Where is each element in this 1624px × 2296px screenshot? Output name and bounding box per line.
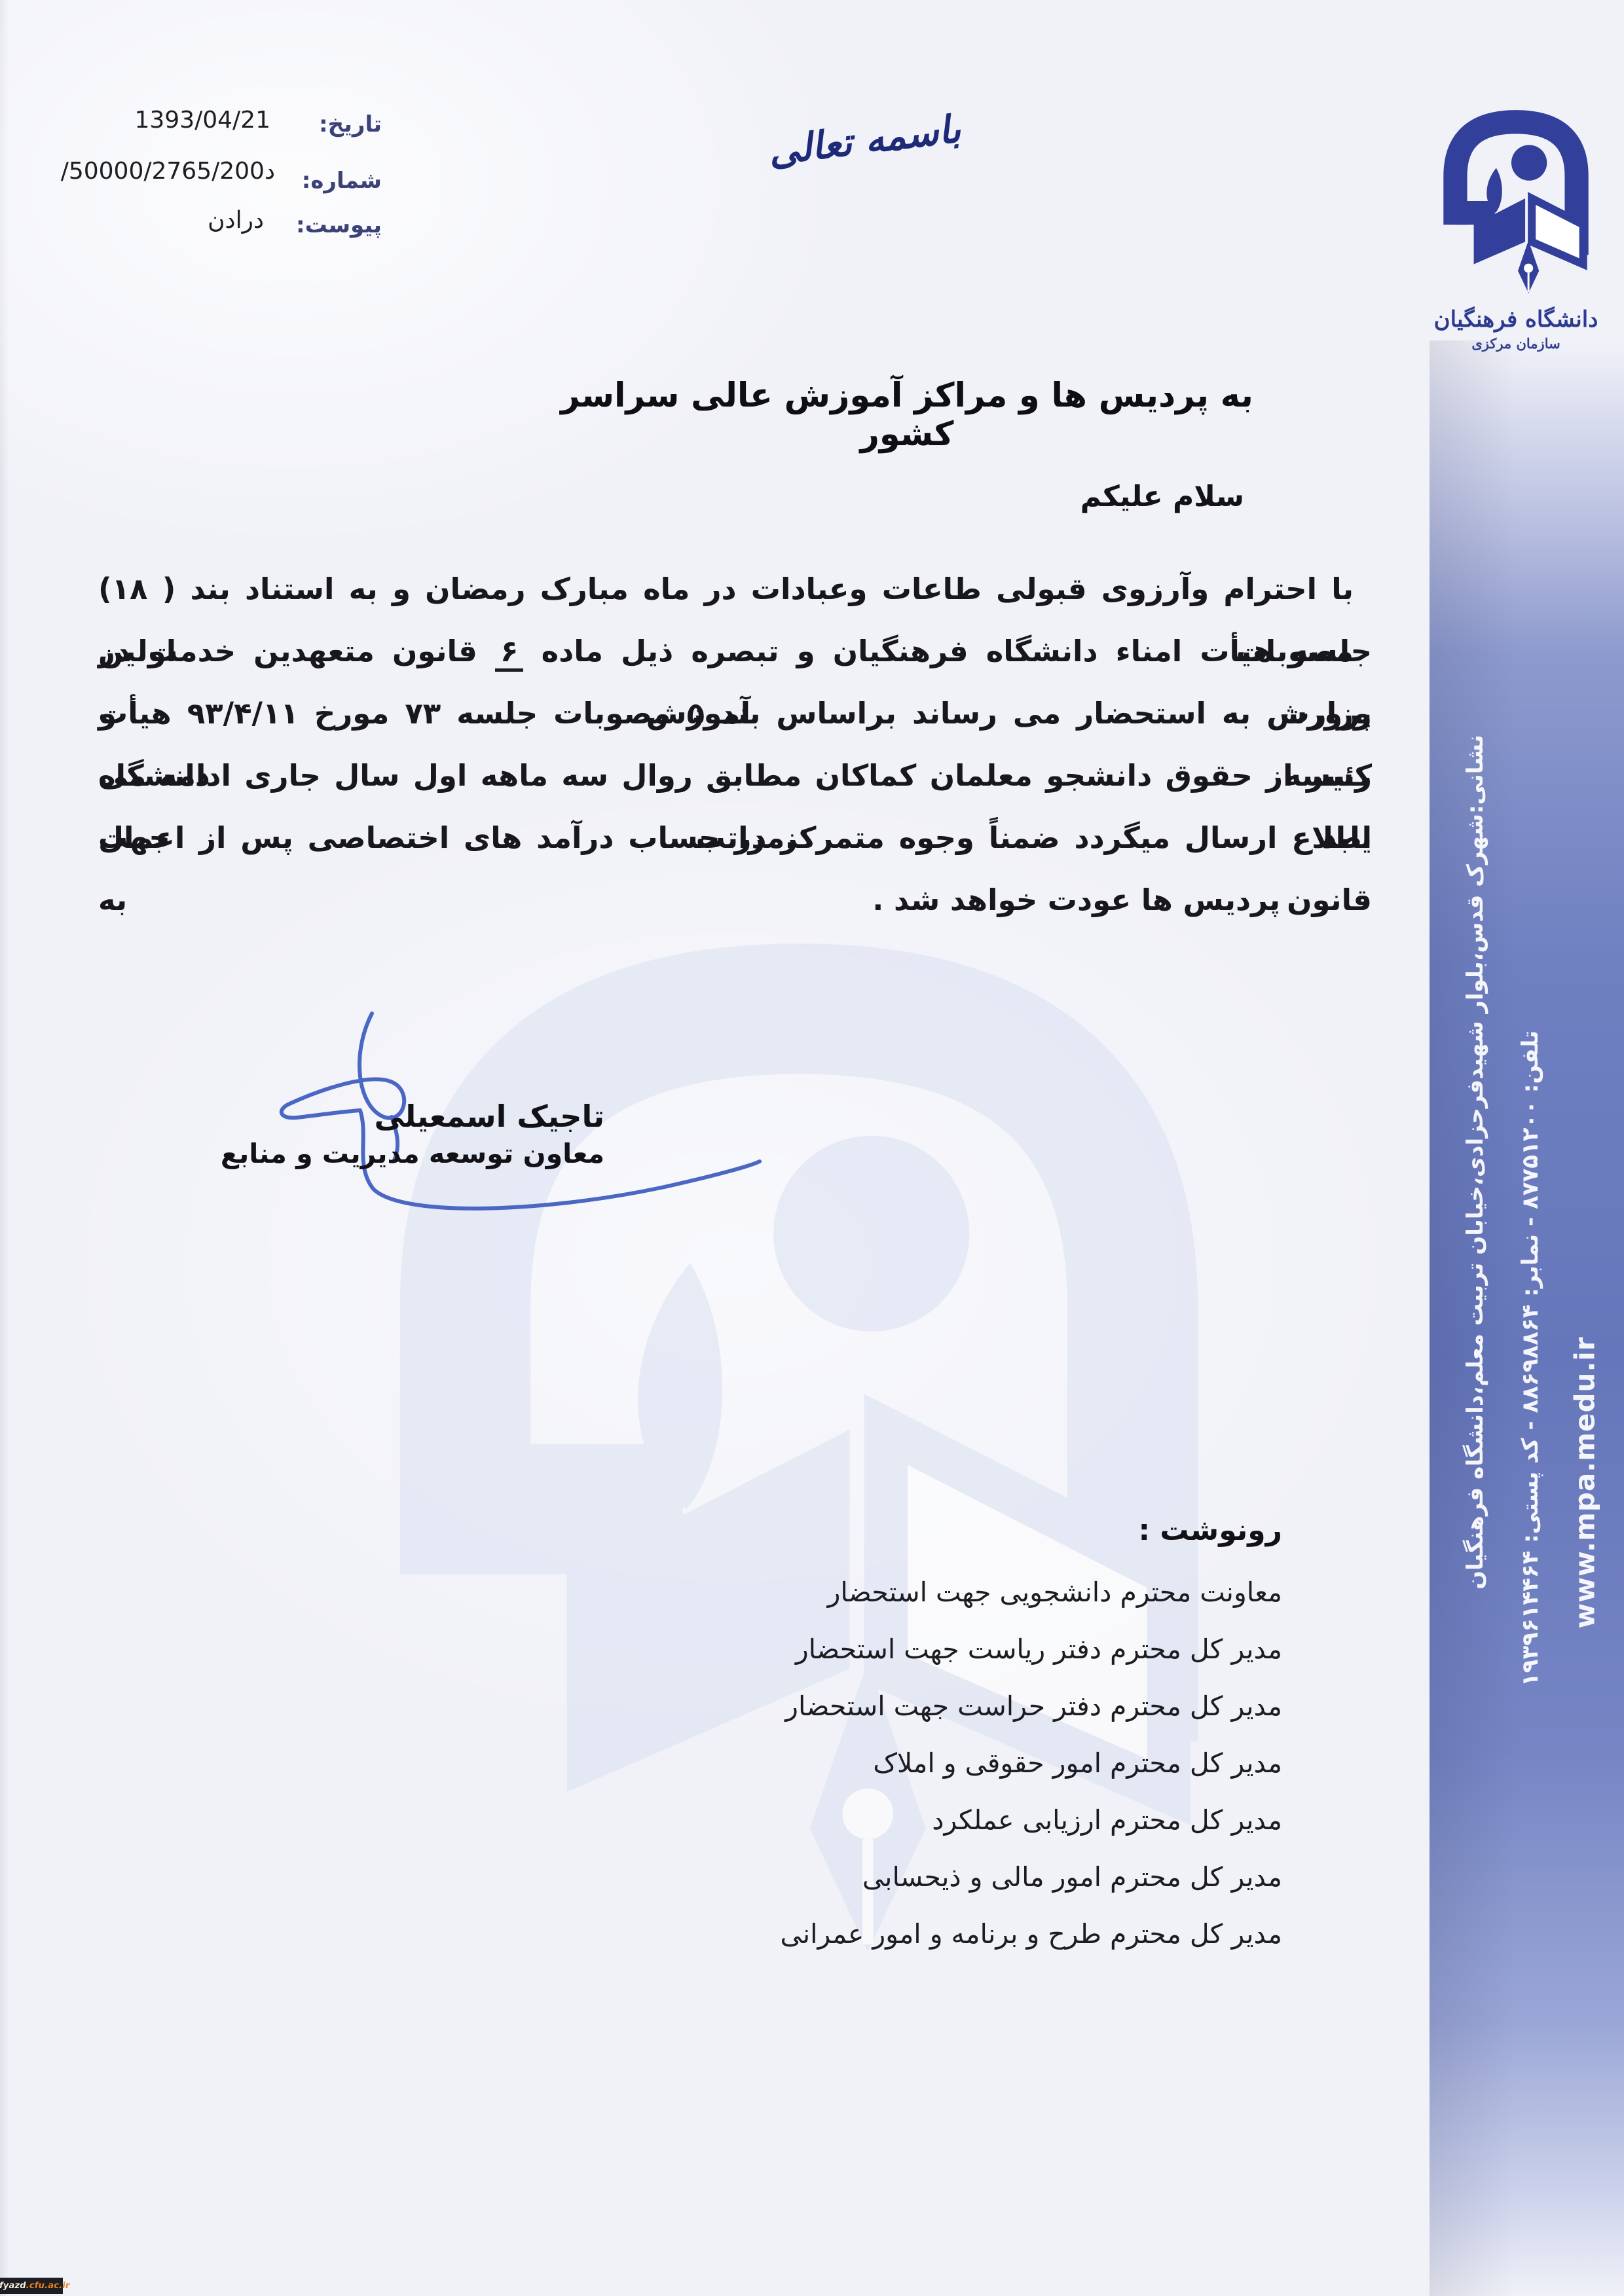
cc-item: مدیر کل محترم دفتر حراست جهت استحضار bbox=[781, 1678, 1282, 1735]
site-stamp-prefix: pfyazd bbox=[0, 2281, 26, 2291]
phone-fax-postal-vertical-text: تلفن: ۸۷۷۵۱۲۰۰ - نمابر: ۸۸۶۹۸۸۶۴ - کد پس… bbox=[1517, 867, 1543, 1850]
site-stamp-suffix: .cfu.ac.ir bbox=[26, 2281, 70, 2291]
body-line: با احترام وآرزوی قبولی طاعات وعبادات در … bbox=[98, 558, 1372, 620]
cc-item: مدیر کل محترم ارزیابی عملکرد bbox=[781, 1792, 1282, 1849]
salutation: سلام علیکم bbox=[1080, 480, 1244, 513]
recipient-heading: به پردیس ها و مراکز آموزش عالی سراسر کشو… bbox=[550, 376, 1264, 454]
university-logo-block: دانشگاه فرهنگیان سازمان مرکزی bbox=[1408, 98, 1624, 352]
number-label: شماره: bbox=[302, 168, 382, 194]
date-label: تاریخ: bbox=[319, 111, 382, 137]
site-stamp: pfyazd.cfu.ac.ir bbox=[0, 2278, 63, 2294]
signatory-title: معاون توسعه مدیریت و منابع bbox=[221, 1135, 604, 1172]
body-line: اطلاع ارسال میگردد ضمناً وجوه متمرکز در … bbox=[98, 807, 1372, 869]
address-vertical-text: نشانی:شهرک قدس،بلوار شهیدفرحزادی،خیابان … bbox=[1462, 704, 1488, 1620]
signature-block: تاجیک اسمعیلی معاون توسعه مدیریت و منابع bbox=[221, 1097, 604, 1172]
letter-body: با احترام وآرزوی قبولی طاعات وعبادات در … bbox=[98, 558, 1372, 931]
website-vertical-text: www.mpa.medu.ir bbox=[1569, 1264, 1601, 1702]
cc-item: مدیر کل محترم دفتر ریاست جهت استحضار bbox=[781, 1621, 1282, 1678]
body-line: پرورش به استحضار می رساند براساس بند ۵ م… bbox=[98, 682, 1372, 744]
besmele-calligraphy: باسمه تعالی bbox=[758, 105, 971, 175]
cc-item: معاونت محترم دانشجویی جهت استحضار bbox=[781, 1564, 1282, 1621]
cc-list: معاونت محترم دانشجویی جهت استحضارمدیر کل… bbox=[781, 1564, 1282, 1963]
body-line: کسر از حقوق دانشجو معلمان کماکان مطابق ر… bbox=[98, 744, 1372, 807]
cc-item: مدیر کل محترم طرح و برنامه و امور عمرانی bbox=[781, 1906, 1282, 1963]
attachment-value: ندارد bbox=[208, 207, 264, 234]
signatory-name: تاجیک اسمعیلی bbox=[221, 1097, 604, 1135]
university-logo-icon bbox=[1430, 98, 1602, 302]
attachment-label: پیوست: bbox=[296, 212, 382, 238]
cc-item: مدیر کل محترم امور حقوقی و املاک bbox=[781, 1735, 1282, 1792]
body-line: جلسه هیأت امناء دانشگاه فرهنگیان و تبصره… bbox=[98, 620, 1372, 682]
cc-label: رونوشت : bbox=[781, 1514, 1282, 1547]
scanned-letter-page: نشانی:شهرک قدس،بلوار شهیدفرحزادی،خیابان … bbox=[0, 0, 1624, 2296]
university-name: دانشگاه فرهنگیان bbox=[1408, 306, 1624, 333]
university-org: سازمان مرکزی bbox=[1408, 335, 1624, 352]
number-value: /50000/2765/200د bbox=[61, 158, 275, 185]
cc-section: رونوشت : معاونت محترم دانشجویی جهت استحض… bbox=[781, 1514, 1282, 1963]
cc-item: مدیر کل محترم امور مالی و ذیحسابی bbox=[781, 1849, 1282, 1906]
date-value: 1393/04/21 bbox=[135, 107, 271, 134]
